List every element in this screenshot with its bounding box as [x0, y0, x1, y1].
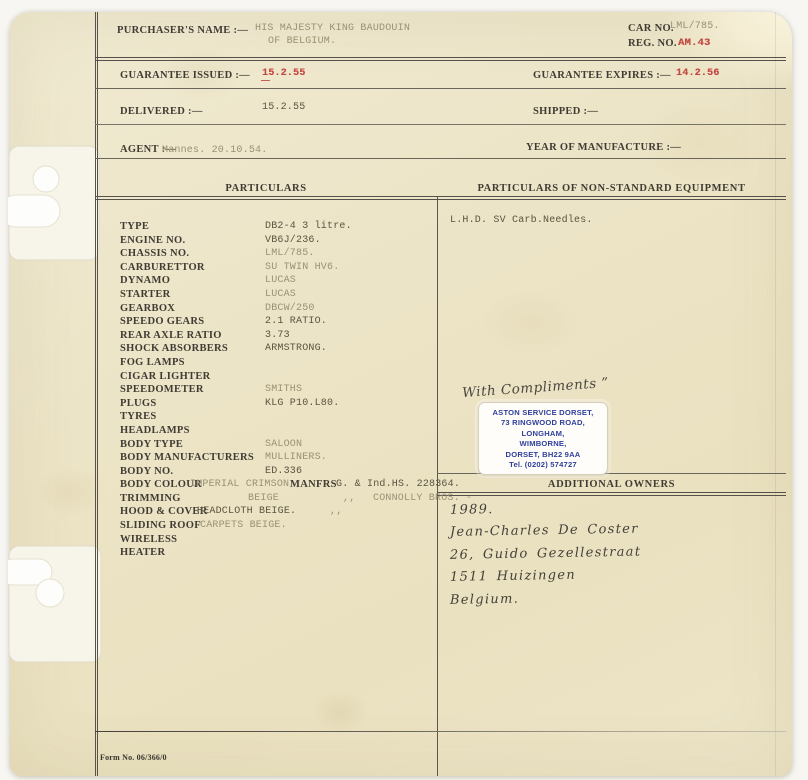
- rule-under-section-titles: [95, 196, 786, 200]
- particulars-label: SPEEDO GEARS: [120, 316, 204, 327]
- record-card: PURCHASER'S NAME :— HIS MAJESTY KING BAU…: [10, 12, 792, 776]
- particulars-row: PLUGSKLG P10.L80.: [95, 398, 437, 412]
- reg-no-label: REG. NO.: [628, 38, 677, 49]
- particulars-value: ARMSTRONG.: [265, 343, 327, 354]
- stamp-line: WIMBORNE,: [481, 439, 605, 449]
- particulars-label: TYRES: [120, 411, 157, 422]
- non-standard-note: L.H.D. SV Carb.Needles.: [450, 215, 593, 226]
- punched-slot: [8, 195, 60, 227]
- particulars-label: BODY MANUFACTURERS: [120, 452, 254, 463]
- stamp-line: Tel. (0202) 574727: [481, 460, 605, 470]
- particulars-row: BODY NO.ED.336: [95, 466, 437, 480]
- particulars-list: TYPEDB2-4 3 litre.ENGINE NO.VB6J/236.CHA…: [95, 221, 437, 561]
- particulars-value: IMPERIAL CRIMSON: [190, 479, 289, 490]
- particulars-label: ENGINE NO.: [120, 235, 185, 246]
- car-no-label: CAR NO.: [628, 23, 674, 34]
- rule-under-agent: [95, 158, 786, 159]
- particulars-row: SLIDING ROOFCARPETS BEIGE.: [95, 520, 437, 534]
- particulars-extra-label: ,,: [330, 506, 342, 517]
- shipped-label: SHIPPED :—: [533, 106, 598, 117]
- delivered-label: DELIVERED :—: [120, 106, 203, 117]
- particulars-label: SHOCK ABSORBERS: [120, 343, 228, 354]
- particulars-value: LUCAS: [265, 275, 296, 286]
- particulars-extra-label: ,,: [343, 493, 355, 504]
- particulars-value: DB2-4 3 litre.: [265, 221, 352, 232]
- particulars-label: GEARBOX: [120, 303, 175, 314]
- particulars-row: BODY MANUFACTURERSMULLINERS.: [95, 452, 437, 466]
- dealer-stamp: ASTON SERVICE DORSET, 73 RINGWOOD ROAD, …: [478, 402, 608, 475]
- particulars-label: TRIMMING: [120, 493, 181, 504]
- particulars-value: SALOON: [265, 439, 302, 450]
- particulars-row: BODY COLOURIMPERIAL CRIMSONMANFRSG. & In…: [95, 479, 437, 493]
- particulars-label: REAR AXLE RATIO: [120, 330, 222, 341]
- particulars-row: HOOD & COVERHEADCLOTH BEIGE.,,: [95, 506, 437, 520]
- particulars-row: CIGAR LIGHTER: [95, 371, 437, 385]
- purchaser-name-line1: HIS MAJESTY KING BAUDOUIN: [255, 23, 410, 34]
- red-underline-mark: [261, 80, 270, 81]
- punched-hole: [33, 166, 59, 192]
- particulars-label: HEATER: [120, 547, 165, 558]
- particulars-row: HEADLAMPS: [95, 425, 437, 439]
- particulars-value: CARPETS BEIGE.: [200, 520, 287, 531]
- particulars-label: STARTER: [120, 289, 171, 300]
- particulars-label: SPEEDOMETER: [120, 384, 204, 395]
- punched-hole: [36, 579, 64, 607]
- particulars-value: 2.1 RATIO.: [265, 316, 327, 327]
- particulars-value: LUCAS: [265, 289, 296, 300]
- particulars-label: BODY TYPE: [120, 439, 183, 450]
- particulars-row: TYRES: [95, 411, 437, 425]
- particulars-row: CHASSIS NO.LML/785.: [95, 248, 437, 262]
- particulars-label: SLIDING ROOF: [120, 520, 201, 531]
- agent-value: Mannes. 20.10.54.: [162, 145, 267, 156]
- particulars-row: ENGINE NO.VB6J/236.: [95, 235, 437, 249]
- particulars-row: FOG LAMPS: [95, 357, 437, 371]
- particulars-value: SMITHS: [265, 384, 302, 395]
- particulars-row: HEATER: [95, 547, 437, 561]
- particulars-row: TYPEDB2-4 3 litre.: [95, 221, 437, 235]
- form-number: Form No. 06/366/0: [100, 753, 167, 762]
- guarantee-issued-label: GUARANTEE ISSUED :—: [120, 70, 250, 81]
- reg-no-value: AM.43: [678, 37, 711, 49]
- particulars-label: CIGAR LIGHTER: [120, 371, 211, 382]
- particulars-label: PLUGS: [120, 398, 157, 409]
- particulars-row: TRIMMINGBEIGE,,CONNOLLY BROS. -: [95, 493, 437, 507]
- particulars-value: 3.73: [265, 330, 290, 341]
- additional-owners-handwriting: 1989. Jean-Charles De Coster 26, Guido G…: [450, 500, 780, 612]
- stamp-line: LONGHAM,: [481, 429, 605, 439]
- particulars-row: GEARBOXDBCW/250: [95, 303, 437, 317]
- guarantee-expires-value: 14.2.56: [676, 68, 719, 79]
- stamp-line: 73 RINGWOOD ROAD,: [481, 418, 605, 428]
- rule-under-guarantee: [95, 88, 786, 89]
- particulars-row: DYNAMOLUCAS: [95, 275, 437, 289]
- purchaser-name-line2: OF BELGIUM.: [268, 36, 336, 47]
- particulars-label: FOG LAMPS: [120, 357, 185, 368]
- particulars-row: STARTERLUCAS: [95, 289, 437, 303]
- car-no-value: LML/785.: [670, 21, 720, 32]
- rule-bottom: [95, 731, 786, 732]
- particulars-label: HEADLAMPS: [120, 425, 190, 436]
- particulars-value: MULLINERS.: [265, 452, 327, 463]
- guarantee-issued-value: 15.2.55: [262, 68, 305, 79]
- particulars-title: PARTICULARS: [95, 183, 437, 194]
- particulars-row: BODY TYPESALOON: [95, 439, 437, 453]
- particulars-value: KLG P10.L80.: [265, 398, 339, 409]
- stamp-line: DORSET, BH22 9AA: [481, 450, 605, 460]
- index-tab-top: [8, 145, 104, 263]
- year-of-manufacture-label: YEAR OF MANUFACTURE :—: [526, 142, 681, 153]
- particulars-value: DBCW/250: [265, 303, 315, 314]
- purchaser-name-label: PURCHASER'S NAME :—: [117, 25, 248, 36]
- particulars-label: TYPE: [120, 221, 149, 232]
- particulars-extra-label: MANFRS: [290, 479, 337, 490]
- paper-crease: [775, 12, 776, 776]
- particulars-value: HEADCLOTH BEIGE.: [197, 506, 296, 517]
- particulars-row: WIRELESS: [95, 534, 437, 548]
- particulars-row: SPEEDOMETERSMITHS: [95, 384, 437, 398]
- particulars-row: SPEEDO GEARS2.1 RATIO.: [95, 316, 437, 330]
- rule-under-purchaser: [95, 57, 786, 61]
- additional-owners-title: ADDITIONAL OWNERS: [437, 479, 786, 490]
- particulars-value: LML/785.: [265, 248, 315, 259]
- particulars-label: HOOD & COVER: [120, 506, 208, 517]
- particulars-value: ED.336: [265, 466, 302, 477]
- guarantee-expires-label: GUARANTEE EXPIRES :—: [533, 70, 671, 81]
- particulars-value: VB6J/236.: [265, 235, 321, 246]
- particulars-row: REAR AXLE RATIO3.73: [95, 330, 437, 344]
- delivered-value: 15.2.55: [262, 102, 305, 113]
- particulars-value: SU TWIN HV6.: [265, 262, 339, 273]
- particulars-row: SHOCK ABSORBERSARMSTRONG.: [95, 343, 437, 357]
- particulars-row: CARBURETTORSU TWIN HV6.: [95, 262, 437, 276]
- stamp-line: ASTON SERVICE DORSET,: [481, 408, 605, 418]
- particulars-label: WIRELESS: [120, 534, 177, 545]
- index-tab-bottom: [8, 545, 104, 665]
- particulars-label: CHASSIS NO.: [120, 248, 189, 259]
- rule-under-delivered: [95, 124, 786, 125]
- particulars-label: CARBURETTOR: [120, 262, 205, 273]
- particulars-label: DYNAMO: [120, 275, 170, 286]
- non-standard-title: PARTICULARS OF NON-STANDARD EQUIPMENT: [437, 183, 786, 194]
- rule-under-additional-owners: [437, 492, 786, 496]
- with-compliments-handwriting: With Compliments ”: [462, 375, 610, 401]
- particulars-value: BEIGE: [248, 493, 279, 504]
- particulars-label: BODY NO.: [120, 466, 173, 477]
